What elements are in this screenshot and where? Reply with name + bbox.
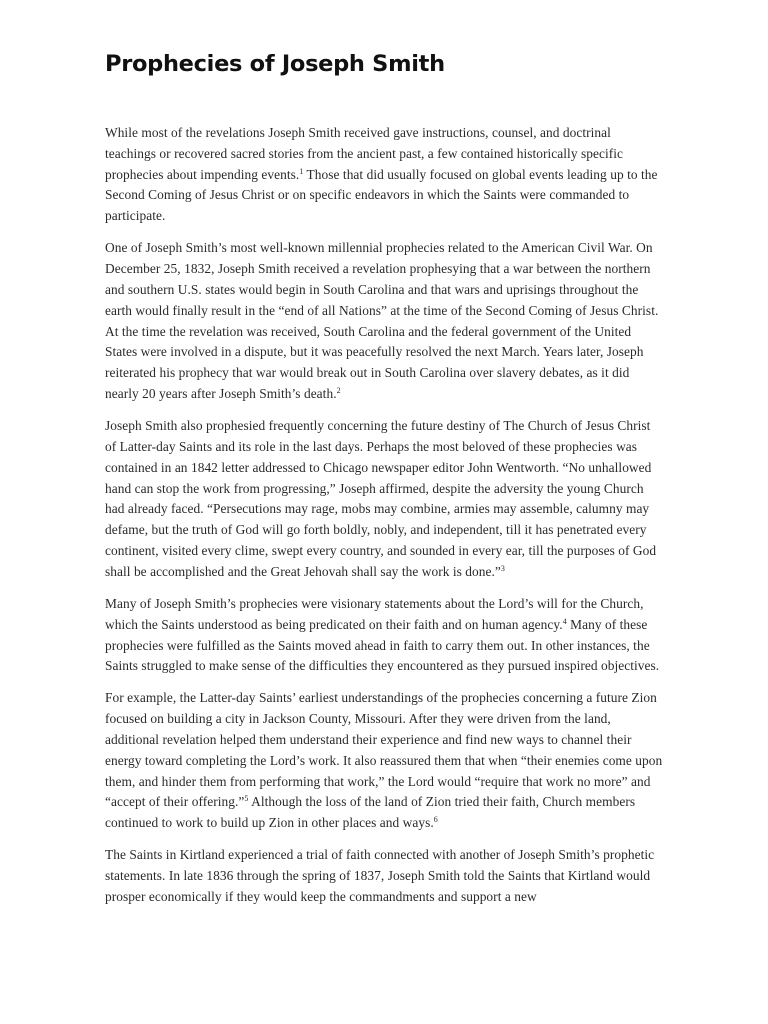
footnote-link-2[interactable]: 2 (337, 386, 341, 395)
paragraph-5: For example, the Latter-day Saints’ earl… (105, 688, 665, 834)
paragraph-text: One of Joseph Smith’s most well-known mi… (105, 240, 658, 401)
article-body: While most of the revelations Joseph Smi… (105, 123, 665, 919)
paragraph-3: Joseph Smith also prophesied frequently … (105, 416, 665, 582)
paragraph-4: Many of Joseph Smith’s prophecies were v… (105, 594, 665, 677)
paragraph-text: The Saints in Kirtland experienced a tri… (105, 847, 654, 904)
page-title: Prophecies of Joseph Smith (105, 51, 445, 77)
paragraph-text: Joseph Smith also prophesied frequently … (105, 418, 656, 579)
paragraph-text: For example, the Latter-day Saints’ earl… (105, 690, 662, 809)
footnote-link-3[interactable]: 3 (501, 564, 505, 573)
paragraph-6: The Saints in Kirtland experienced a tri… (105, 845, 665, 907)
paragraph-text: Many of Joseph Smith’s prophecies were v… (105, 596, 644, 632)
paragraph-1: While most of the revelations Joseph Smi… (105, 123, 665, 227)
paragraph-2: One of Joseph Smith’s most well-known mi… (105, 238, 665, 404)
footnote-link-6[interactable]: 6 (434, 815, 438, 824)
